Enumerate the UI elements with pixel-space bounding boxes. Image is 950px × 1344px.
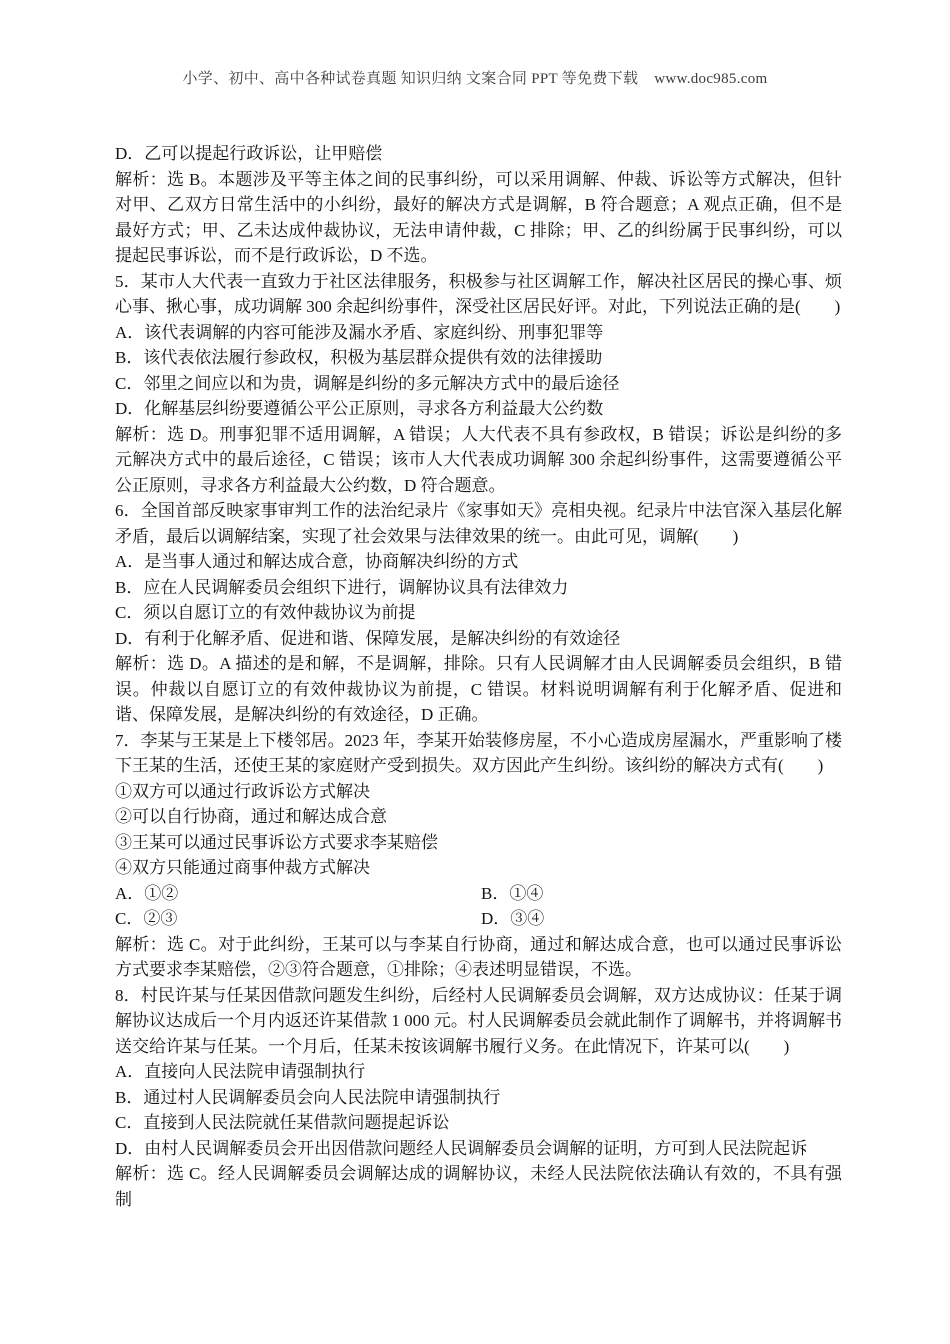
q7-item-3: ③王某可以通过民事诉讼方式要求李某赔偿 [115, 830, 842, 856]
q8-option-c: C．直接到人民法院就任某借款问题提起诉讼 [115, 1110, 842, 1136]
prev-question-option-d: D．乙可以提起行政诉讼，让甲赔偿 [115, 141, 842, 167]
q7-stem: 7．李某与王某是上下楼邻居。2023 年，李某开始装修房屋，不小心造成房屋漏水，… [115, 728, 842, 779]
q5-analysis: 解析：选 D。刑事犯罪不适用调解，A 错误；人大代表不具有参政权，B 错误；诉讼… [115, 422, 842, 499]
q7-choice-c: C．②③ [115, 906, 481, 932]
page-header: 小学、初中、高中各种试卷真题 知识归纳 文案合同 PPT 等免费下载www.do… [0, 67, 950, 88]
header-url: www.doc985.com [654, 71, 767, 87]
header-text: 小学、初中、高中各种试卷真题 知识归纳 文案合同 PPT 等免费下载 [183, 71, 639, 87]
q5-option-d: D．化解基层纠纷要遵循公平公正原则，寻求各方利益最大公约数 [115, 396, 842, 422]
q8-analysis: 解析：选 C。经人民调解委员会调解达成的调解协议，未经人民法院依法确认有效的，不… [115, 1161, 842, 1212]
q7-choice-a: A．①② [115, 881, 481, 907]
q5-option-a: A．该代表调解的内容可能涉及漏水矛盾、家庭纠纷、刑事犯罪等 [115, 320, 842, 346]
q7-item-4: ④双方只能通过商事仲裁方式解决 [115, 855, 842, 881]
q8-option-b: B．通过村人民调解委员会向人民法院申请强制执行 [115, 1085, 842, 1111]
q7-item-1: ①双方可以通过行政诉讼方式解决 [115, 779, 842, 805]
q6-analysis: 解析：选 D。A 描述的是和解，不是调解，排除。只有人民调解才由人民调解委员会组… [115, 651, 842, 728]
q7-analysis: 解析：选 C。对于此纠纷，王某可以与李某自行协商，通过和解达成合意，也可以通过民… [115, 932, 842, 983]
q8-option-a: A．直接向人民法院申请强制执行 [115, 1059, 842, 1085]
q6-option-a: A．是当事人通过和解达成合意，协商解决纠纷的方式 [115, 549, 842, 575]
q5-option-c: C．邻里之间应以和为贵，调解是纠纷的多元解决方式中的最后途径 [115, 371, 842, 397]
q6-option-d: D．有利于化解矛盾、促进和谐、保障发展，是解决纠纷的有效途径 [115, 626, 842, 652]
q7-item-2: ②可以自行协商，通过和解达成合意 [115, 804, 842, 830]
q8-option-d: D．由村人民调解委员会开出因借款问题经人民调解委员会调解的证明，方可到人民法院起… [115, 1136, 842, 1162]
q5-stem: 5．某市人大代表一直致力于社区法律服务，积极参与社区调解工作，解决社区居民的操心… [115, 269, 842, 320]
q8-stem: 8．村民许某与任某因借款问题发生纠纷，后经村人民调解委员会调解，双方达成协议：任… [115, 983, 842, 1060]
q7-choice-grid: A．①② B．①④ C．②③ D．③④ [115, 881, 842, 932]
document-page: 小学、初中、高中各种试卷真题 知识归纳 文案合同 PPT 等免费下载www.do… [0, 0, 950, 1344]
prev-question-analysis: 解析：选 B。本题涉及平等主体之间的民事纠纷，可以采用调解、仲裁、诉讼等方式解决… [115, 167, 842, 269]
q6-option-b: B．应在人民调解委员会组织下进行，调解协议具有法律效力 [115, 575, 842, 601]
q7-choice-d: D．③④ [481, 906, 842, 932]
q7-choice-b: B．①④ [481, 881, 842, 907]
q6-stem: 6．全国首部反映家事审判工作的法治纪录片《家事如天》亮相央视。纪录片中法官深入基… [115, 498, 842, 549]
document-content: D．乙可以提起行政诉讼，让甲赔偿 解析：选 B。本题涉及平等主体之间的民事纠纷，… [115, 141, 842, 1212]
q5-option-b: B．该代表依法履行参政权，积极为基层群众提供有效的法律援助 [115, 345, 842, 371]
q6-option-c: C．须以自愿订立的有效仲裁协议为前提 [115, 600, 842, 626]
